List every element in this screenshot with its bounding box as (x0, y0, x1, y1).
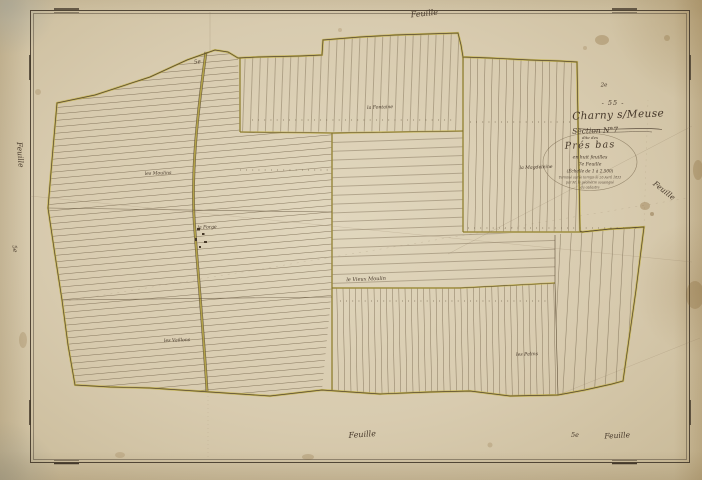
parcel-block-top-center (238, 33, 463, 132)
cartouche-note-1: Terminé sur le terrain le 26 Avril 1833 (540, 176, 640, 179)
parcel-blocks (48, 33, 644, 396)
cadastral-map-sheet: - 55 - Charny s/Meuse Section N°7 dite d… (0, 0, 702, 480)
parcel-block-bottom-right (555, 227, 644, 395)
map-linework (0, 0, 702, 480)
cartouche-echelle: (Échelle de 1 à 2.500) (540, 169, 640, 173)
parcel-block-bottom-center (332, 283, 558, 396)
cartouche-note-2: par M. le géomètre soussigné (540, 181, 640, 184)
commune-number: - 55 - (583, 100, 643, 107)
interior-sheet-mark-2: 2e (589, 82, 619, 88)
edge-label-bottom-right-number: 5e (560, 432, 590, 439)
cartouche-feuilles: en huit feuilles (540, 155, 640, 160)
cartouche-note-3: du cadastre (540, 186, 640, 189)
